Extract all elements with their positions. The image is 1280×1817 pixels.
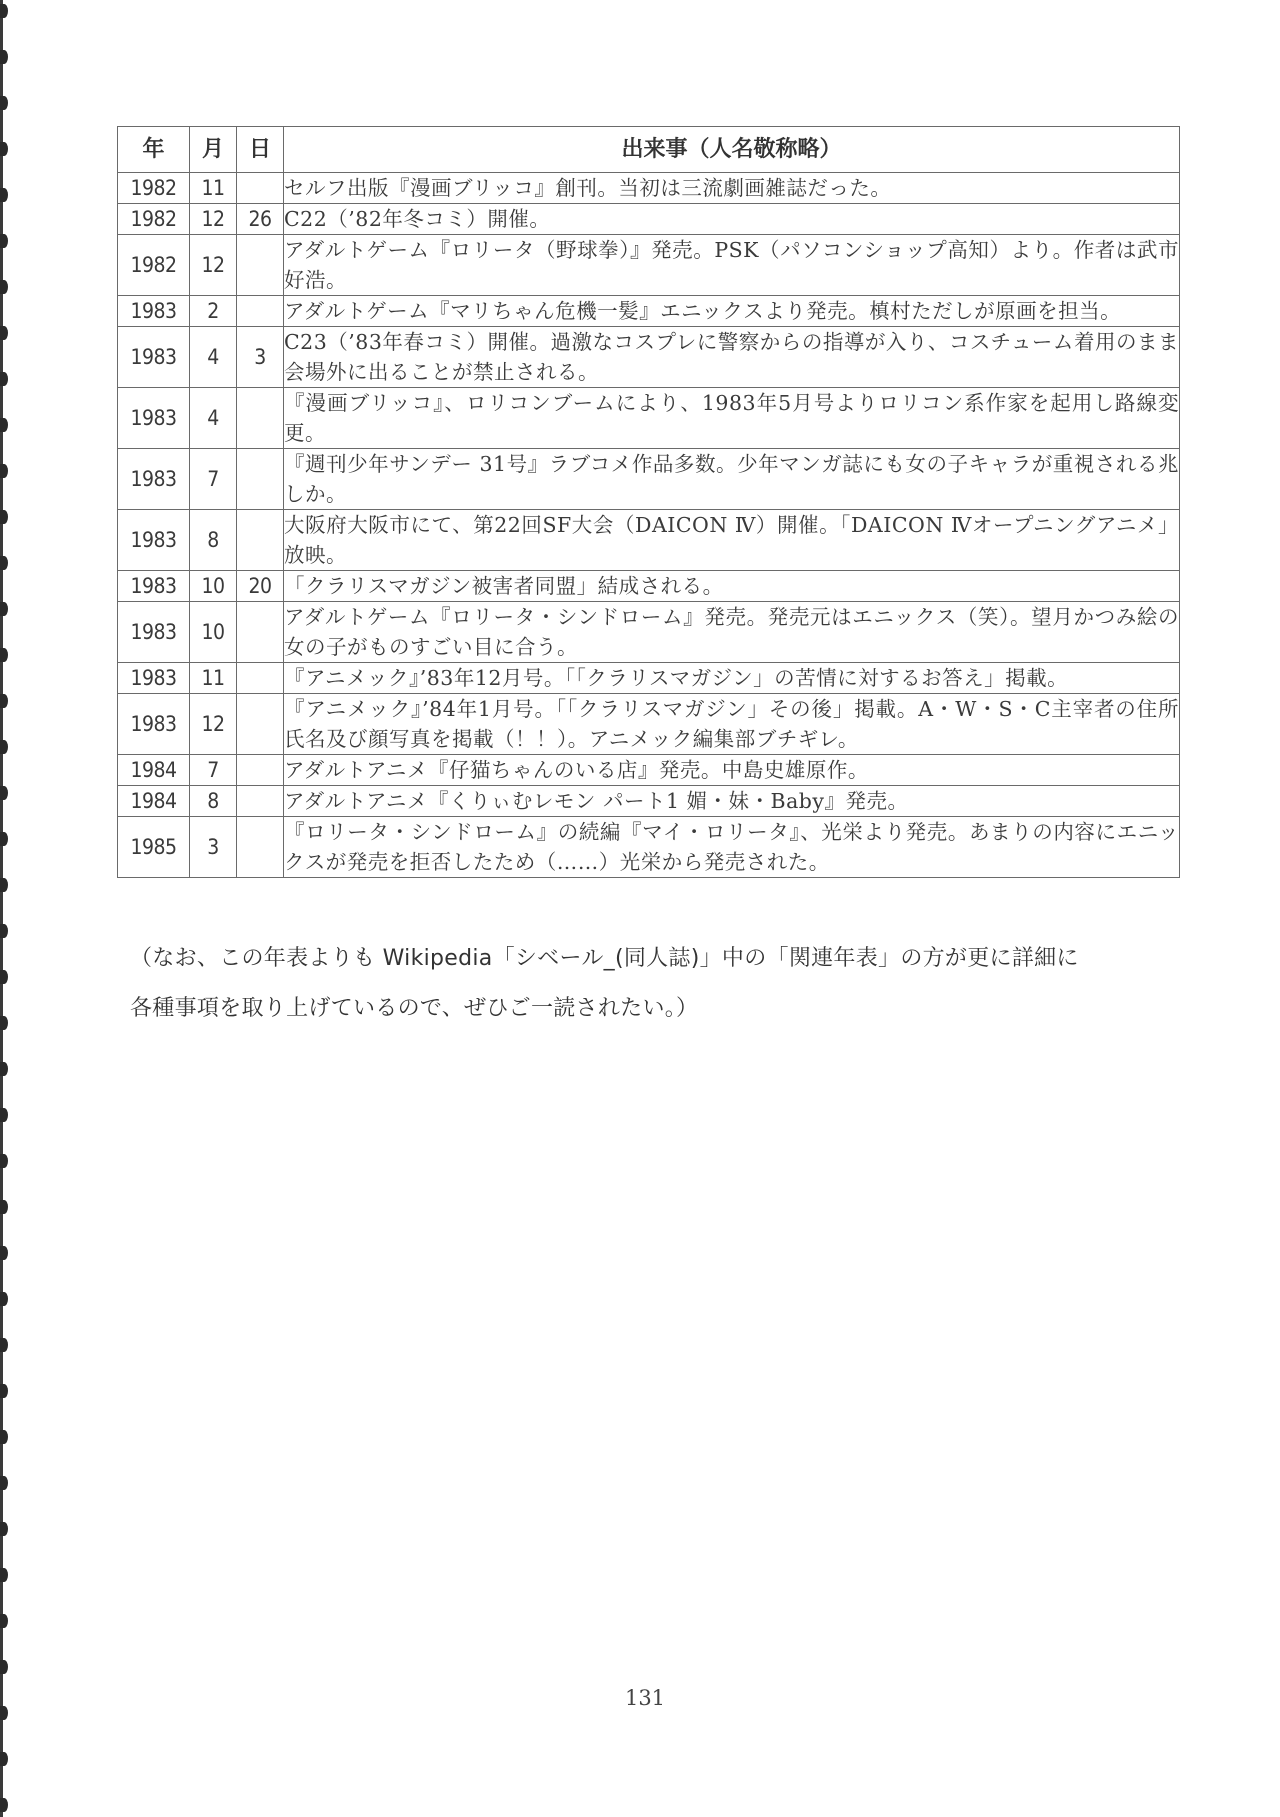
binding-hole-mark (0, 510, 8, 524)
cell-event: アダルトゲーム『ロリータ・シンドローム』発売。発売元はエニックス（笑）。望月かつ… (284, 602, 1180, 663)
table-row: 1983 2 アダルトゲーム『マリちゃん危機一髪』エニックスより発売。槙村ただし… (118, 296, 1180, 327)
cell-year: 1983 (118, 602, 190, 663)
cell-year: 1983 (118, 296, 190, 327)
cell-month: 11 (190, 173, 237, 204)
cell-day: 3 (237, 327, 284, 388)
cell-event: 『漫画ブリッコ』、ロリコンブームにより、1983年5月号よりロリコン系作家を起用… (284, 388, 1180, 449)
binding-hole-mark (0, 648, 8, 662)
cell-year: 1982 (118, 173, 190, 204)
table-row: 1982 12 アダルトゲーム『ロリータ（野球拳）』発売。PSK（パソコンショッ… (118, 235, 1180, 296)
cell-year: 1985 (118, 817, 190, 878)
binding-hole-mark (0, 970, 8, 984)
cell-event: C23（’83年春コミ）開催。過激なコスプレに警察からの指導が入り、コスチューム… (284, 327, 1180, 388)
page-number: 131 (600, 1686, 690, 1710)
cell-month: 12 (190, 694, 237, 755)
cell-month: 11 (190, 663, 237, 694)
cell-day (237, 296, 284, 327)
cell-event: アダルトゲーム『マリちゃん危機一髪』エニックスより発売。槙村ただしが原画を担当。 (284, 296, 1180, 327)
cell-year: 1984 (118, 755, 190, 786)
cell-year: 1982 (118, 204, 190, 235)
binding-hole-mark (0, 4, 8, 18)
binding-hole-mark (0, 1660, 8, 1674)
cell-day (237, 755, 284, 786)
table-row: 1984 8 アダルトアニメ『くりぃむレモン パート1 媚・妹・Baby』発売。 (118, 786, 1180, 817)
binding-hole-mark (0, 1430, 8, 1444)
binding-hole-mark (0, 234, 8, 248)
cell-year: 1983 (118, 449, 190, 510)
cell-year: 1984 (118, 786, 190, 817)
cell-event: C22（’82年冬コミ）開催。 (284, 204, 1180, 235)
cell-year: 1982 (118, 235, 190, 296)
table-row: 1983 7 『週刊少年サンデー 31号』ラブコメ作品多数。少年マンガ誌にも女の… (118, 449, 1180, 510)
cell-year: 1983 (118, 327, 190, 388)
table-row: 1985 3 『ロリータ・シンドローム』の続編『マイ・ロリータ』、光栄より発売。… (118, 817, 1180, 878)
table-row: 1983 10 アダルトゲーム『ロリータ・シンドローム』発売。発売元はエニックス… (118, 602, 1180, 663)
cell-event: セルフ出版『漫画ブリッコ』創刊。当初は三流劇画雑誌だった。 (284, 173, 1180, 204)
cell-month: 2 (190, 296, 237, 327)
binding-hole-mark (0, 1062, 8, 1076)
binding-hole-mark (0, 50, 8, 64)
binding-hole-mark (0, 556, 8, 570)
cell-day (237, 449, 284, 510)
cell-year: 1983 (118, 663, 190, 694)
header-year: 年 (118, 127, 190, 173)
table-row: 1983 4 3 C23（’83年春コミ）開催。過激なコスプレに警察からの指導が… (118, 327, 1180, 388)
cell-event: 大阪府大阪市にて、第22回SF大会（DAICON Ⅳ）開催。「DAICON Ⅳオ… (284, 510, 1180, 571)
binding-hole-mark (0, 1568, 8, 1582)
cell-day (237, 663, 284, 694)
cell-day (237, 602, 284, 663)
cell-month: 8 (190, 786, 237, 817)
cell-month: 7 (190, 449, 237, 510)
binding-hole-mark (0, 924, 8, 938)
binding-hole-mark (0, 96, 8, 110)
binding-hole-mark (0, 1292, 8, 1306)
cell-event: 「クラリスマガジン被害者同盟」結成される。 (284, 571, 1180, 602)
cell-day (237, 817, 284, 878)
table-row: 1983 8 大阪府大阪市にて、第22回SF大会（DAICON Ⅳ）開催。「DA… (118, 510, 1180, 571)
footnote: （なお、この年表よりも Wikipedia「シベール_(同人誌)」中の「関連年表… (130, 934, 1190, 1034)
cell-event: 『アニメック』’83年12月号。「「クラリスマガジン」の苦情に対するお答え」掲載… (284, 663, 1180, 694)
cell-day (237, 235, 284, 296)
binding-hole-mark (0, 1476, 8, 1490)
table-row: 1984 7 アダルトアニメ『仔猫ちゃんのいる店』発売。中島史雄原作。 (118, 755, 1180, 786)
binding-hole-mark (0, 1154, 8, 1168)
cell-day (237, 510, 284, 571)
cell-year: 1983 (118, 388, 190, 449)
table-row: 1983 11 『アニメック』’83年12月号。「「クラリスマガジン」の苦情に対… (118, 663, 1180, 694)
binding-hole-mark (0, 1384, 8, 1398)
cell-year: 1983 (118, 571, 190, 602)
cell-year: 1983 (118, 510, 190, 571)
binding-hole-mark (0, 694, 8, 708)
binding-hole-mark (0, 280, 8, 294)
table-row: 1983 4 『漫画ブリッコ』、ロリコンブームにより、1983年5月号よりロリコ… (118, 388, 1180, 449)
cell-event: 『週刊少年サンデー 31号』ラブコメ作品多数。少年マンガ誌にも女の子キャラが重視… (284, 449, 1180, 510)
cell-month: 10 (190, 571, 237, 602)
cell-day: 26 (237, 204, 284, 235)
binding-hole-mark (0, 188, 8, 202)
binding-hole-mark (0, 1522, 8, 1536)
binding-hole-mark (0, 786, 8, 800)
cell-day: 20 (237, 571, 284, 602)
cell-month: 12 (190, 204, 237, 235)
footnote-line-1: （なお、この年表よりも Wikipedia「シベール_(同人誌)」中の「関連年表… (130, 934, 1190, 984)
header-day: 日 (237, 127, 284, 173)
binding-hole-mark (0, 1108, 8, 1122)
binding-hole-mark (0, 878, 8, 892)
cell-day (237, 694, 284, 755)
binding-hole-mark (0, 602, 8, 616)
binding-hole-mark (0, 1338, 8, 1352)
binding-hole-mark (0, 1016, 8, 1030)
binding-hole-mark (0, 1246, 8, 1260)
binding-hole-mark (0, 464, 8, 478)
header-month: 月 (190, 127, 237, 173)
cell-day (237, 786, 284, 817)
cell-event: アダルトアニメ『仔猫ちゃんのいる店』発売。中島史雄原作。 (284, 755, 1180, 786)
binding-hole-mark (0, 740, 8, 754)
binding-hole-mark (0, 1200, 8, 1214)
cell-month: 12 (190, 235, 237, 296)
cell-event: 『アニメック』’84年1月号。「「クラリスマガジン」その後」掲載。A・W・S・C… (284, 694, 1180, 755)
binding-hole-mark (0, 326, 8, 340)
binding-hole-mark (0, 418, 8, 432)
timeline-table: 年 月 日 出来事（人名敬称略） 1982 11 セルフ出版『漫画ブリッコ』創刊… (117, 126, 1180, 878)
cell-month: 4 (190, 388, 237, 449)
cell-event: アダルトゲーム『ロリータ（野球拳）』発売。PSK（パソコンショップ高知）より。作… (284, 235, 1180, 296)
binding-hole-mark (0, 1752, 8, 1766)
cell-month: 10 (190, 602, 237, 663)
footnote-line-2: 各種事項を取り上げているので、ぜひご一読されたい。） (130, 984, 1190, 1034)
cell-month: 3 (190, 817, 237, 878)
cell-day (237, 388, 284, 449)
binding-hole-mark (0, 142, 8, 156)
binding-edge (0, 0, 14, 1817)
binding-hole-mark (0, 1706, 8, 1720)
table-row: 1982 12 26 C22（’82年冬コミ）開催。 (118, 204, 1180, 235)
table-row: 1983 10 20 「クラリスマガジン被害者同盟」結成される。 (118, 571, 1180, 602)
cell-month: 4 (190, 327, 237, 388)
binding-hole-mark (0, 1614, 8, 1628)
cell-event: 『ロリータ・シンドローム』の続編『マイ・ロリータ』、光栄より発売。あまりの内容に… (284, 817, 1180, 878)
header-event: 出来事（人名敬称略） (284, 127, 1180, 173)
binding-hole-mark (0, 1798, 8, 1812)
cell-year: 1983 (118, 694, 190, 755)
table-row: 1983 12 『アニメック』’84年1月号。「「クラリスマガジン」その後」掲載… (118, 694, 1180, 755)
cell-event: アダルトアニメ『くりぃむレモン パート1 媚・妹・Baby』発売。 (284, 786, 1180, 817)
table-row: 1982 11 セルフ出版『漫画ブリッコ』創刊。当初は三流劇画雑誌だった。 (118, 173, 1180, 204)
cell-month: 8 (190, 510, 237, 571)
binding-spine (0, 0, 3, 1817)
cell-month: 7 (190, 755, 237, 786)
binding-hole-mark (0, 832, 8, 846)
binding-hole-mark (0, 372, 8, 386)
cell-day (237, 173, 284, 204)
table-header-row: 年 月 日 出来事（人名敬称略） (118, 127, 1180, 173)
